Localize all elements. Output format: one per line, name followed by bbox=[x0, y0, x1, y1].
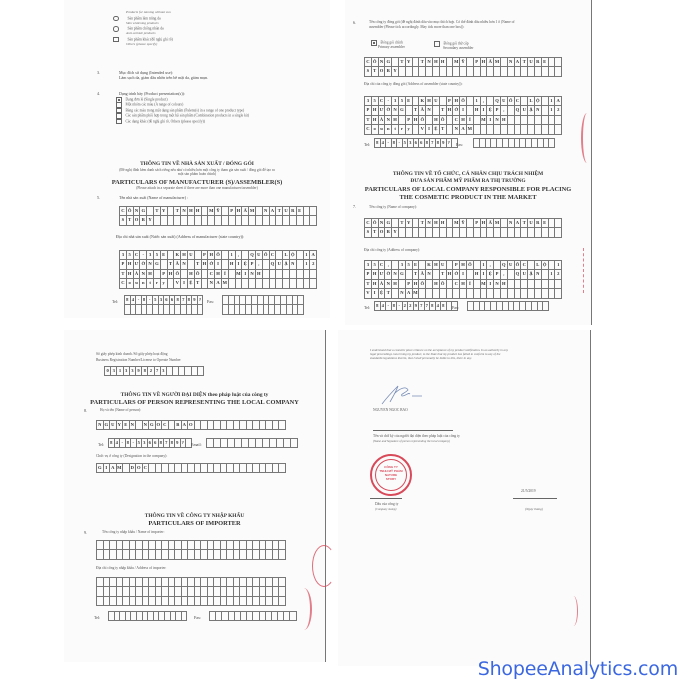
grid-cell bbox=[276, 216, 283, 225]
grid-cell: Ồ bbox=[440, 280, 447, 289]
presentation-number: 4. bbox=[97, 91, 100, 96]
representative-number: 8. bbox=[84, 408, 87, 413]
grid-cell: O bbox=[379, 228, 386, 237]
grid-cell: Â bbox=[174, 260, 181, 269]
grid-cell: T bbox=[127, 216, 134, 225]
grid-cell: 1 bbox=[555, 261, 562, 270]
grid-cell: Y bbox=[392, 228, 399, 237]
grid-cell: H bbox=[208, 251, 215, 260]
presentation-option[interactable]: Các dạng khác (đề nghị ghi rõ, Others (p… bbox=[116, 119, 205, 125]
grid-cell: Y bbox=[406, 219, 413, 228]
grid-cell bbox=[202, 216, 209, 225]
grid-cell bbox=[481, 289, 488, 298]
grid-cell bbox=[542, 289, 549, 298]
date-line bbox=[513, 498, 557, 499]
grid-cell bbox=[555, 289, 562, 298]
grid-cell bbox=[229, 216, 236, 225]
grid-cell bbox=[181, 270, 188, 279]
grid-cell: H bbox=[188, 207, 195, 216]
manufacturer-number: 5. bbox=[97, 195, 100, 200]
product-type-checkbox[interactable] bbox=[113, 26, 119, 32]
grid-cell bbox=[501, 125, 508, 134]
grid-cell: I bbox=[481, 270, 488, 279]
grid-cell: P bbox=[453, 261, 460, 270]
grid-cell bbox=[279, 578, 286, 587]
manufacturer-note-en: (Please attach in a separate sheet if th… bbox=[64, 186, 330, 191]
page-3: Số giấy phép kinh doanh /Số giấy phép ho… bbox=[64, 330, 326, 662]
grid-cell bbox=[222, 216, 229, 225]
grid-cell: H bbox=[413, 116, 420, 125]
grid-cell bbox=[147, 207, 154, 216]
grid-cell: Ồ bbox=[440, 116, 447, 125]
grid-cell: 1 bbox=[549, 97, 556, 106]
grid-cell: T bbox=[154, 207, 161, 216]
presentation-option-label: Các dạng khác (đề nghị ghi rõ, Others (p… bbox=[126, 119, 205, 123]
grid-cell: À bbox=[134, 270, 141, 279]
primary-assembler-vn: Đóng gói chính bbox=[381, 41, 403, 45]
grid-cell: A bbox=[555, 97, 562, 106]
grid-cell bbox=[501, 67, 508, 76]
grid-cell bbox=[508, 125, 515, 134]
grid-cell bbox=[467, 219, 474, 228]
grid-cell bbox=[392, 219, 399, 228]
grid-cell bbox=[508, 116, 515, 125]
grid-cell: H bbox=[229, 260, 236, 269]
seal-caption-en: (Company stamp) bbox=[375, 507, 396, 511]
grid-cell: T bbox=[168, 260, 175, 269]
grid-cell bbox=[413, 228, 420, 237]
product-type-label-vn: Sản phẩm khác (đề nghị ghi rõ) bbox=[128, 37, 173, 41]
grid-cell: T bbox=[440, 270, 447, 279]
secondary-assembler-checkbox[interactable] bbox=[434, 41, 440, 47]
grid-cell: I bbox=[481, 106, 488, 115]
grid-cell bbox=[433, 67, 440, 76]
grid-cell: C bbox=[120, 207, 127, 216]
assembler-tel-grid[interactable]: 84-8-53668789? bbox=[374, 138, 458, 148]
grid-cell: P bbox=[120, 260, 127, 269]
grid-cell bbox=[235, 439, 242, 448]
grid-cell: H bbox=[474, 106, 481, 115]
grid-cell: Í bbox=[467, 116, 474, 125]
grid-cell: P bbox=[202, 251, 209, 260]
grid-cell: Q bbox=[515, 106, 522, 115]
grid-cell bbox=[521, 116, 528, 125]
grid-cell bbox=[202, 270, 209, 279]
grid-cell: G bbox=[399, 270, 406, 279]
grid-cell bbox=[549, 125, 556, 134]
grid-cell: T bbox=[120, 270, 127, 279]
grid-cell: N bbox=[508, 219, 515, 228]
grid-cell: H bbox=[392, 280, 399, 289]
grid-cell bbox=[392, 58, 399, 67]
grid-cell: H bbox=[460, 116, 467, 125]
grid-cell: T bbox=[372, 228, 379, 237]
grid-cell: 5 bbox=[127, 251, 134, 260]
importer-fax-grid[interactable] bbox=[209, 611, 297, 621]
grid-cell: I bbox=[215, 260, 222, 269]
presentation-checkbox[interactable] bbox=[116, 119, 122, 125]
manufacturer-name-grid[interactable]: CÔNGTYTNHHMỸPHẨMNATURESTORY bbox=[119, 206, 317, 226]
grid-cell: U bbox=[256, 251, 263, 260]
signer-name: NGUYEN NGOC BAO bbox=[373, 408, 408, 413]
local-company-name-grid[interactable]: CÔNGTYTNHHMỸPHẨMNATURESTORY bbox=[364, 218, 562, 238]
grid-cell bbox=[399, 67, 406, 76]
primary-assembler-checkbox[interactable] bbox=[371, 40, 377, 46]
grid-cell: T bbox=[419, 58, 426, 67]
local-company-address-grid[interactable]: 35C,35EKHUPHỐ1,QUỐCLỘ1PHƯỜNGTÂNTHỚIHIỆP,… bbox=[364, 260, 562, 299]
grid-cell bbox=[549, 219, 556, 228]
grid-cell bbox=[221, 439, 228, 448]
importer-tel-grid[interactable] bbox=[108, 611, 187, 621]
grid-cell: N bbox=[385, 116, 392, 125]
assembler-address-grid[interactable]: 35C-35EKHUPHỐ1,QUỐCLỘ1APHƯỜNGTÂNTHỚIHIỆP… bbox=[364, 96, 562, 135]
grid-cell: P bbox=[365, 106, 372, 115]
grid-cell bbox=[453, 289, 460, 298]
grid-cell: 2 bbox=[555, 270, 562, 279]
grid-cell: y bbox=[406, 125, 413, 134]
grid-cell: Ệ bbox=[433, 125, 440, 134]
grid-cell: R bbox=[385, 228, 392, 237]
grid-cell bbox=[555, 67, 562, 76]
grid-cell: Ư bbox=[134, 260, 141, 269]
product-type-checkbox[interactable] bbox=[113, 37, 119, 43]
grid-cell bbox=[549, 67, 556, 76]
grid-cell bbox=[481, 67, 488, 76]
grid-cell: R bbox=[535, 58, 542, 67]
product-type-label-vn: Sản phẩm chống nhăn da bbox=[128, 27, 164, 31]
importer-title-vn: THÔNG TIN VỀ CÔNG TY NHẬP KHẨU bbox=[64, 513, 325, 519]
grid-cell: K bbox=[419, 97, 426, 106]
manufacturer-name-label: Tên nhà sản xuất (Name of manufacturer) … bbox=[119, 195, 188, 200]
grid-cell bbox=[298, 296, 304, 305]
grid-cell bbox=[182, 612, 188, 621]
grid-cell: M bbox=[222, 279, 229, 288]
grid-cell bbox=[399, 280, 406, 289]
grid-cell: Ố bbox=[508, 97, 515, 106]
grid-cell bbox=[413, 219, 420, 228]
grid-cell bbox=[549, 139, 555, 148]
declaration-line-3: standards/regulations therein, that I sh… bbox=[370, 356, 472, 360]
grid-cell: C bbox=[208, 270, 215, 279]
grid-cell: H bbox=[215, 270, 222, 279]
grid-cell bbox=[188, 216, 195, 225]
importer-name-grid[interactable] bbox=[96, 540, 286, 560]
grid-cell bbox=[535, 280, 542, 289]
grid-cell: , bbox=[385, 261, 392, 270]
grid-cell bbox=[515, 228, 522, 237]
grid-cell: r bbox=[154, 279, 161, 288]
grid-cell: Ờ bbox=[385, 106, 392, 115]
grid-cell: T bbox=[195, 279, 202, 288]
presentation-option-label: Bảng các màu trong một dạng sản phẩm (Pa… bbox=[126, 108, 245, 112]
grid-cell: U bbox=[440, 261, 447, 270]
grid-cell bbox=[515, 125, 522, 134]
grid-cell bbox=[521, 228, 528, 237]
grid-cell: H bbox=[447, 270, 454, 279]
product-type-label-en: Skin whitening products bbox=[126, 21, 159, 25]
grid-cell: 3 bbox=[399, 261, 406, 270]
grid-cell: I bbox=[181, 279, 188, 288]
representative-designation-grid[interactable]: GIAMDOC bbox=[96, 463, 286, 473]
grid-cell bbox=[474, 280, 481, 289]
grid-cell bbox=[168, 207, 175, 216]
grid-cell: H bbox=[168, 270, 175, 279]
grid-cell bbox=[501, 289, 508, 298]
manufacturer-tel-label: Tel: bbox=[112, 299, 118, 304]
grid-cell: I bbox=[487, 116, 494, 125]
grid-cell: 5 bbox=[406, 261, 413, 270]
grid-cell: 5 bbox=[154, 251, 161, 260]
grid-cell bbox=[508, 228, 515, 237]
license-number-grid[interactable]: 0313398273 bbox=[104, 366, 204, 376]
grid-cell: , bbox=[236, 251, 243, 260]
grid-cell bbox=[467, 106, 474, 115]
grid-cell: P bbox=[229, 207, 236, 216]
grid-cell: H bbox=[447, 106, 454, 115]
grid-cell bbox=[419, 228, 426, 237]
grid-cell bbox=[453, 67, 460, 76]
grid-cell bbox=[542, 125, 549, 134]
page-1: Products for tanning without sunSản phẩm… bbox=[64, 0, 330, 318]
grid-cell bbox=[406, 67, 413, 76]
grid-cell: G bbox=[154, 260, 161, 269]
stamp-fragment bbox=[312, 545, 336, 587]
grid-cell: N bbox=[399, 289, 406, 298]
grid-cell bbox=[542, 106, 549, 115]
grid-cell: N bbox=[290, 260, 297, 269]
grid-cell bbox=[406, 106, 413, 115]
assembler-fax-grid[interactable] bbox=[473, 138, 555, 148]
grid-cell: Ỹ bbox=[215, 207, 222, 216]
stamp-fragment bbox=[569, 596, 578, 626]
grid-cell bbox=[487, 97, 494, 106]
grid-cell: O bbox=[134, 216, 141, 225]
grid-cell bbox=[433, 270, 440, 279]
grid-cell: U bbox=[528, 58, 535, 67]
grid-cell bbox=[487, 125, 494, 134]
grid-cell: M bbox=[453, 219, 460, 228]
grid-cell: S bbox=[365, 67, 372, 76]
grid-cell bbox=[263, 439, 270, 448]
grid-cell: T bbox=[372, 67, 379, 76]
grid-cell bbox=[549, 261, 556, 270]
local-company-tel-grid[interactable]: 84-8-22977848 bbox=[374, 301, 458, 311]
assembler-fax-label: Fax: bbox=[456, 142, 463, 147]
primary-assembler-en: Primary assembler bbox=[378, 45, 405, 50]
grid-cell bbox=[528, 228, 535, 237]
grid-cell: N bbox=[508, 58, 515, 67]
grid-cell: I bbox=[426, 125, 433, 134]
assembler-address-label: Địa chỉ của công ty đóng gói (Address of… bbox=[364, 82, 463, 87]
grid-cell: Ố bbox=[419, 280, 426, 289]
grid-cell: P bbox=[474, 219, 481, 228]
grid-cell bbox=[508, 289, 515, 298]
grid-cell bbox=[297, 260, 304, 269]
grid-cell: U bbox=[528, 219, 535, 228]
grid-cell bbox=[154, 270, 161, 279]
presentation-option-label: Một nhóm các màu (A range of colours) bbox=[126, 103, 184, 107]
grid-cell: H bbox=[440, 58, 447, 67]
grid-cell bbox=[207, 439, 214, 448]
grid-cell: C bbox=[379, 261, 386, 270]
grid-cell bbox=[426, 67, 433, 76]
signature-icon bbox=[378, 380, 426, 408]
local-company-title-vn-2: ĐƯA SẢN PHẨM MỸ PHẨM RA THỊ TRƯỜNG bbox=[345, 178, 591, 184]
grid-cell: Q bbox=[501, 261, 508, 270]
grid-cell bbox=[528, 67, 535, 76]
grid-cell bbox=[447, 289, 454, 298]
grid-cell: N bbox=[453, 125, 460, 134]
grid-cell bbox=[433, 106, 440, 115]
grid-cell: H bbox=[413, 280, 420, 289]
sign-caption-vn: Tên và chữ ký của người đại diện theo ph… bbox=[373, 434, 460, 439]
representative-title-vn: THÔNG TIN VỀ NGƯỜI ĐẠI DIỆN theo pháp lu… bbox=[64, 392, 325, 398]
grid-cell bbox=[474, 125, 481, 134]
grid-cell bbox=[236, 216, 243, 225]
grid-cell bbox=[222, 207, 229, 216]
representative-tel-grid[interactable]: 84-8-53668789? bbox=[108, 438, 192, 448]
grid-cell: Ố bbox=[467, 261, 474, 270]
grid-cell: Ư bbox=[379, 270, 386, 279]
grid-cell: N bbox=[147, 260, 154, 269]
grid-cell bbox=[161, 216, 168, 225]
grid-cell bbox=[508, 67, 515, 76]
grid-cell bbox=[222, 260, 229, 269]
representative-email-grid[interactable] bbox=[206, 438, 298, 448]
grid-cell bbox=[447, 228, 454, 237]
importer-title-en: PARTICULARS OF IMPORTER bbox=[64, 520, 325, 527]
grid-cell: C bbox=[365, 219, 372, 228]
manufacturer-fax-grid[interactable] bbox=[222, 295, 304, 315]
grid-cell bbox=[433, 228, 440, 237]
grid-cell: C bbox=[379, 97, 386, 106]
grid-cell: Q bbox=[270, 260, 277, 269]
grid-cell bbox=[440, 67, 447, 76]
grid-cell: T bbox=[276, 207, 283, 216]
grid-cell: E bbox=[297, 207, 304, 216]
representative-email-label: Email: bbox=[191, 442, 202, 447]
importer-name-label: Tên công ty nhập khẩu / Name of importer… bbox=[102, 530, 164, 535]
grid-cell bbox=[447, 219, 454, 228]
grid-cell bbox=[549, 289, 556, 298]
grid-cell: Y bbox=[161, 207, 168, 216]
grid-cell: Ô bbox=[372, 219, 379, 228]
grid-cell: 5 bbox=[372, 261, 379, 270]
grid-cell: L bbox=[528, 97, 535, 106]
license-label-en: Business Registration Number/License to … bbox=[96, 358, 181, 363]
grid-cell: Q bbox=[494, 97, 501, 106]
grid-cell bbox=[188, 260, 195, 269]
grid-cell bbox=[447, 58, 454, 67]
representative-name-label: Họ và tên (Name of person): bbox=[100, 408, 141, 413]
grid-cell: T bbox=[399, 219, 406, 228]
grid-cell: P bbox=[161, 270, 168, 279]
grid-cell: H bbox=[372, 270, 379, 279]
grid-cell: H bbox=[474, 270, 481, 279]
grid-cell: Í bbox=[222, 270, 229, 279]
product-type-checkbox[interactable] bbox=[113, 16, 119, 22]
grid-cell: P bbox=[494, 270, 501, 279]
grid-cell bbox=[555, 125, 562, 134]
grid-cell bbox=[276, 251, 283, 260]
grid-cell bbox=[549, 58, 556, 67]
grid-cell bbox=[279, 421, 286, 430]
grid-cell: 2 bbox=[555, 106, 562, 115]
grid-cell bbox=[297, 251, 304, 260]
grid-cell bbox=[440, 97, 447, 106]
grid-cell bbox=[290, 279, 297, 288]
grid-cell: P bbox=[249, 260, 256, 269]
grid-cell bbox=[528, 116, 535, 125]
grid-cell bbox=[195, 216, 202, 225]
grid-cell bbox=[426, 228, 433, 237]
grid-cell bbox=[426, 280, 433, 289]
grid-cell bbox=[249, 279, 256, 288]
grid-cell bbox=[474, 289, 481, 298]
assembler-name-grid[interactable]: CÔNGTYTNHHMỸPHẨMNATURESTORY bbox=[364, 57, 562, 77]
grid-cell: I bbox=[460, 270, 467, 279]
local-company-name-label: Tên công ty (Name of company): bbox=[369, 205, 417, 210]
assembler-label-1: Tên công ty đóng gói (đề nghị đánh dấu v… bbox=[369, 20, 515, 25]
grid-cell bbox=[521, 125, 528, 134]
grid-cell: N bbox=[426, 58, 433, 67]
grid-cell: H bbox=[127, 270, 134, 279]
grid-cell: C bbox=[453, 280, 460, 289]
grid-cell: H bbox=[372, 116, 379, 125]
importer-address-grid[interactable] bbox=[96, 577, 286, 606]
grid-cell: À bbox=[379, 116, 386, 125]
grid-cell: P bbox=[494, 106, 501, 115]
grid-cell bbox=[419, 289, 426, 298]
grid-cell: y bbox=[161, 279, 168, 288]
grid-cell bbox=[515, 67, 522, 76]
manufacturer-title-vn: THÔNG TIN VỀ NHÀ SẢN XUẤT / ĐÓNG GÓI bbox=[64, 161, 330, 167]
grid-cell: A bbox=[460, 125, 467, 134]
grid-cell: Ô bbox=[372, 58, 379, 67]
grid-cell: H bbox=[256, 270, 263, 279]
stamp-text-line: STORY bbox=[372, 477, 410, 481]
grid-cell bbox=[501, 219, 508, 228]
grid-cell bbox=[467, 58, 474, 67]
grid-cell bbox=[263, 216, 270, 225]
representative-name-grid[interactable]: NGUYENNGOCBAO bbox=[96, 420, 286, 430]
grid-cell bbox=[535, 289, 542, 298]
local-company-fax-grid[interactable] bbox=[467, 301, 549, 311]
grid-cell bbox=[515, 289, 522, 298]
grid-cell: A bbox=[270, 207, 277, 216]
grid-cell bbox=[304, 270, 311, 279]
grid-cell: 5 bbox=[372, 97, 379, 106]
grid-cell: H bbox=[188, 270, 195, 279]
grid-cell bbox=[198, 305, 204, 314]
grid-cell bbox=[555, 116, 562, 125]
manufacturer-title-en: PARTICULARS OF MANUFACTURER (S)/ASSEMBLE… bbox=[64, 179, 330, 186]
grid-cell bbox=[433, 289, 440, 298]
grid-cell bbox=[542, 97, 549, 106]
grid-cell bbox=[392, 289, 399, 298]
grid-cell: T bbox=[440, 125, 447, 134]
grid-cell: H bbox=[440, 219, 447, 228]
grid-cell: L bbox=[283, 251, 290, 260]
grid-cell bbox=[181, 216, 188, 225]
grid-cell: Ờ bbox=[385, 270, 392, 279]
grid-cell: T bbox=[419, 219, 426, 228]
grid-cell: H bbox=[453, 97, 460, 106]
manufacturer-address-grid[interactable]: 35C-35EKHUPHỐ1,QUỐCLỘ1APHƯỜNGTÂNTHỚIHIỆP… bbox=[119, 250, 317, 289]
importer-fax-label: Fax: bbox=[194, 615, 201, 620]
manufacturer-tel-grid[interactable]: 84-8-53668789? bbox=[124, 295, 203, 315]
grid-cell bbox=[161, 260, 168, 269]
